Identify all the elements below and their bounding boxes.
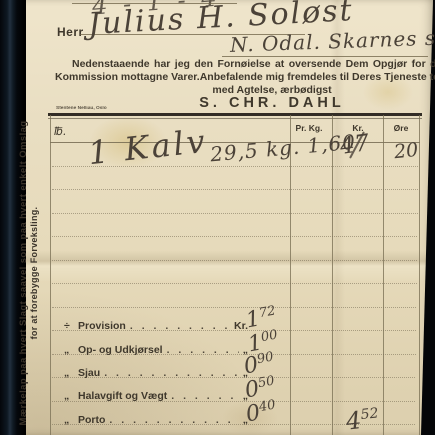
table-rule — [52, 189, 418, 190]
margin-note-line1: Mærkelap paa hvert Slagt saavel som paa … — [18, 108, 29, 435]
amount-decimals: 00 — [260, 328, 279, 346]
amount-decimals: 90 — [256, 350, 275, 368]
table-rule — [52, 213, 418, 214]
fee-row-porto: „ Porto . . . . . . . . . . . . . . . . … — [64, 414, 248, 426]
column-line-ore — [383, 115, 384, 435]
table-border-right — [419, 115, 420, 435]
amount-decimals: 50 — [257, 374, 276, 392]
leader-dots: . . . . . . . . . . . . . . . . . . . . … — [171, 390, 238, 402]
table-top-thin-rule — [48, 118, 422, 119]
column-header-item: ℔. — [54, 125, 67, 138]
salutation-label: Herr — [57, 25, 84, 39]
column-line-prkg — [290, 115, 291, 435]
address-rule-line — [222, 56, 428, 57]
sender-name: S. CHR. DAHL — [152, 95, 392, 111]
leader-dots: . . . . . . . . . . . . . . . . . . . . … — [167, 344, 239, 356]
fee-amount-porto: 040 — [244, 398, 278, 428]
amount-decimals: 40 — [258, 398, 277, 416]
table-top-heavy-rule — [48, 113, 422, 116]
margin-note: Mærkelap paa hvert Slagt saavel som paa … — [18, 108, 48, 435]
fee-prefix: „ — [64, 344, 78, 356]
table-border-left — [50, 115, 51, 435]
column-header-ore: Øre — [383, 123, 419, 133]
table-rule — [52, 260, 417, 261]
leader-dots: . . . . . . . . . . . . . . . . . . . . … — [109, 414, 238, 426]
amount-decimals: 72 — [258, 304, 277, 322]
table-rule — [52, 283, 417, 284]
intro-line2-right: Anbefalende mig fremdeles til Deres Tjen… — [200, 71, 435, 83]
fee-label: Op- og Udkjørsel — [78, 344, 163, 356]
fee-prefix: ÷ — [64, 320, 78, 332]
fee-label: Porto — [78, 414, 105, 426]
fee-prefix: „ — [64, 390, 78, 402]
amount-decimals: 52 — [360, 405, 379, 423]
fee-label: Sjau — [78, 367, 100, 379]
fee-label: Provision — [78, 320, 126, 332]
intro-line2-left: Kommission mottagne Varer. — [55, 71, 200, 83]
fee-row-sjau: „ Sjau . . . . . . . . . . . . . . . . .… — [64, 367, 248, 379]
fee-row-op-udkjorsel: „ Op- og Udkjørsel . . . . . . . . . . .… — [64, 344, 248, 356]
fee-row-provision: ÷ Provision . . . . . . . . . . . . . . … — [64, 320, 248, 332]
entry-ore: 20 — [393, 139, 419, 163]
fee-prefix: „ — [64, 367, 78, 379]
column-line-kr — [332, 115, 333, 435]
leader-dots: . . . . . . . . . . . . . . . . . . . . … — [104, 367, 239, 379]
intro-text-line2: Kommission mottagne Varer. Anbefalende m… — [55, 71, 423, 83]
table-rule — [52, 236, 417, 237]
margin-note-line2: for at forebygge Forveksling. — [29, 108, 39, 435]
fee-row-halavgift: „ Halavgift og Vægt . . . . . . . . . . … — [64, 390, 248, 402]
fee-prefix: „ — [64, 414, 78, 426]
leader-dots: . . . . . . . . . . . . . . . . . . . . … — [130, 320, 230, 332]
printer-imprint: Stentene Nelliau, Oslo — [56, 106, 107, 111]
fee-label: Halavgift og Vægt — [78, 390, 167, 402]
intro-text-line1: Nedenstaaende har jeg den Fornøielse at … — [72, 58, 424, 70]
total-amount: 452 — [345, 404, 381, 435]
scanned-settlement-note: { "header": { "date_fragment": "4 - 1 - … — [0, 0, 435, 435]
table-rule — [52, 307, 416, 308]
